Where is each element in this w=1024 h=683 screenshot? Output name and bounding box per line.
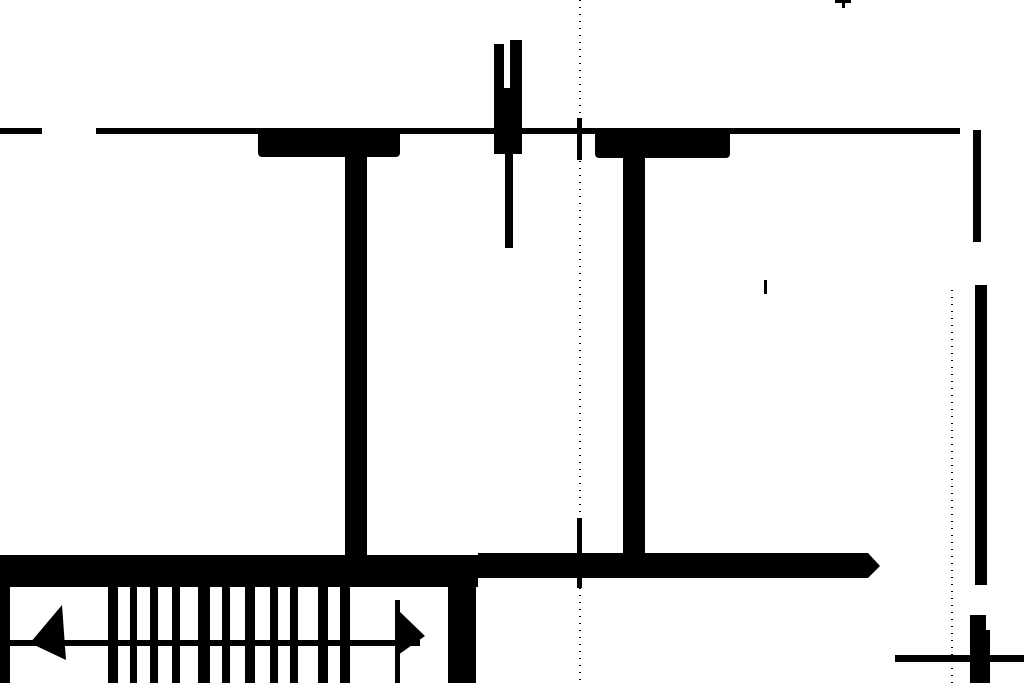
upper-beam-line bbox=[0, 128, 960, 134]
vertical-clamp-posts bbox=[494, 40, 522, 248]
right-vertical-member bbox=[895, 130, 1024, 683]
right-t-support bbox=[595, 130, 730, 556]
center-line-tick bbox=[577, 118, 582, 160]
top-mark bbox=[835, 0, 851, 8]
lower-beam bbox=[0, 553, 880, 587]
stray-mark bbox=[764, 280, 767, 294]
technical-drawing bbox=[0, 0, 1024, 683]
left-t-support bbox=[258, 130, 400, 560]
